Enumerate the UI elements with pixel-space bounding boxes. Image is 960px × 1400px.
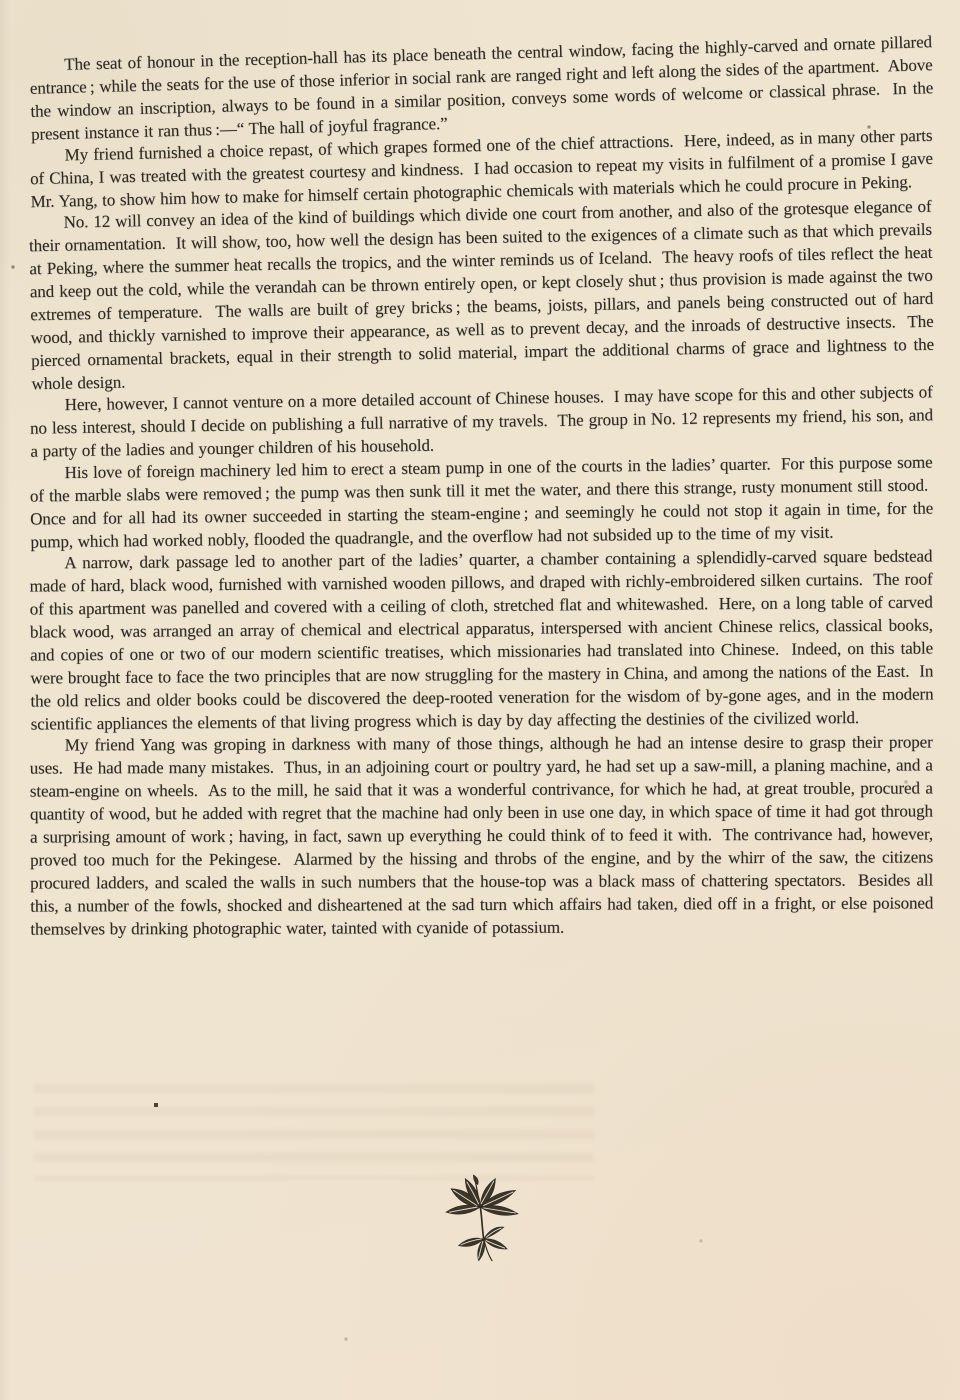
leaf-cluster-upper — [446, 1175, 518, 1215]
paragraph-friend-yang-machines: My friend Yang was groping in darkness w… — [30, 730, 934, 940]
body-text: The seat of honour in the reception-hall… — [30, 42, 933, 939]
paragraph-no-12-buildings: No. 12 will convey an idea of the kind o… — [28, 195, 934, 396]
reverse-page-showthrough — [34, 1084, 594, 1180]
tailpiece-ornament — [440, 1172, 524, 1264]
paragraph-chinese-houses: Here, however, I cannot venture on a mor… — [30, 380, 934, 462]
paragraph-ladies-quarter-chamber: A narrow, dark passage led to another pa… — [29, 544, 933, 735]
page-edge-shadow — [0, 0, 10, 1400]
dust-specks — [0, 0, 2, 2]
leaf-sprig-icon — [440, 1172, 524, 1264]
scanned-book-page: The seat of honour in the reception-hall… — [0, 0, 960, 1400]
paragraph-steam-pump: His love of foreign machinery led him to… — [29, 450, 933, 553]
